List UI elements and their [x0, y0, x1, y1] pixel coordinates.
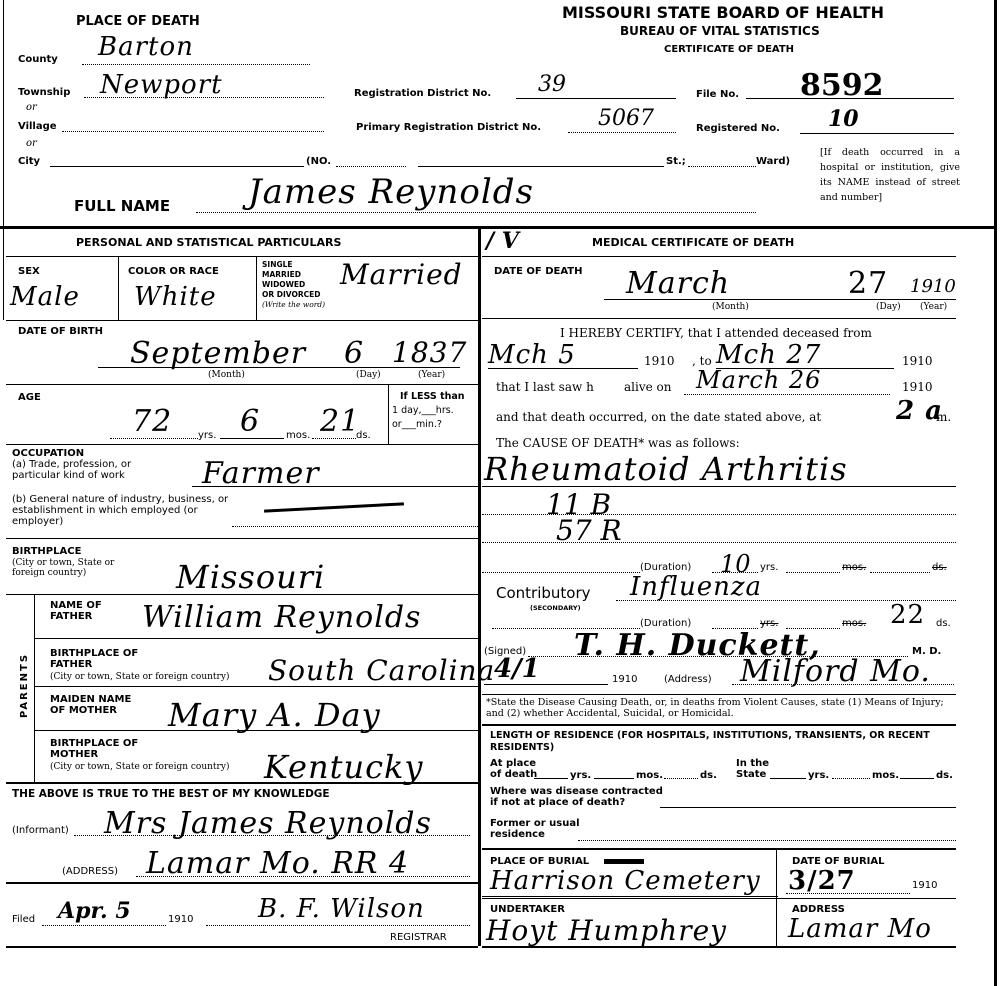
primary-district-label: Primary Registration District No. [356, 122, 541, 133]
sex-field[interactable]: Male [10, 282, 80, 312]
hospital-note: [If death occurred in a hospital or inst… [820, 145, 960, 205]
age-days-field[interactable]: 21 [320, 404, 360, 439]
marital-option-single: SINGLE [262, 260, 325, 270]
burial-date-line [786, 893, 910, 894]
mos-label: mos. [286, 430, 310, 441]
dod-month-field[interactable]: March [626, 266, 730, 301]
row-line-6 [34, 638, 478, 639]
cause-line-3 [482, 542, 956, 543]
burial-strikeout [604, 859, 644, 864]
informant-heading: THE ABOVE IS TRUE TO THE BEST OF MY KNOW… [12, 788, 330, 800]
burial-divider [776, 848, 777, 946]
occupation-label: OCCUPATION [12, 448, 142, 459]
village-line[interactable] [62, 131, 324, 132]
marital-options: SINGLE MARRIED WIDOWED OR DIVORCED (Writ… [262, 260, 325, 310]
in-state-mos-line [832, 778, 870, 779]
right-border [994, 0, 997, 986]
age-label: AGE [18, 392, 41, 403]
board-title: MISSOURI STATE BOARD OF HEALTH [562, 3, 884, 22]
cause-label: The CAUSE OF DEATH* was as follows: [496, 436, 740, 450]
cause-line-2 [482, 514, 956, 515]
township-label: Township [18, 87, 70, 98]
registered-number-field[interactable]: 10 [828, 106, 859, 132]
dod-month-caption: (Month) [712, 302, 749, 312]
personal-heading-line [6, 256, 478, 257]
burial-row-line [482, 898, 956, 899]
burial-date-year: 1910 [912, 880, 937, 891]
duration-ds-line [870, 572, 930, 573]
yrs-label: yrs. [198, 430, 216, 441]
dod-day-caption: (Day) [876, 302, 901, 312]
mother-birthplace-field[interactable]: Kentucky [264, 748, 423, 786]
in-state-yrs-label: yrs. [808, 770, 829, 781]
in-state-yrs-line [770, 778, 806, 779]
sex-label: SEX [18, 266, 40, 277]
age-days-line [312, 438, 356, 439]
father-name-label: NAME OF FATHER [50, 600, 130, 622]
place-of-death-heading: PLACE OF DEATH [76, 14, 200, 29]
burial-place-line [482, 896, 778, 897]
signed-year: 1910 [612, 674, 637, 685]
dob-day-caption: (Day) [356, 370, 381, 380]
or-text-2: or [26, 138, 37, 149]
dob-month-field[interactable]: September [130, 336, 306, 371]
or-text-1: or [26, 102, 37, 113]
ds-label: ds. [356, 430, 371, 441]
medical-heading: MEDICAL CERTIFICATE OF DEATH [592, 236, 794, 249]
marital-option-married: MARRIED [262, 270, 325, 280]
contributory-days-field[interactable]: 22 [890, 600, 925, 630]
county-label: County [18, 54, 58, 65]
dob-year-field[interactable]: 1837 [392, 336, 467, 369]
occupation-a-label: (a) Trade, profession, or particular kin… [12, 459, 142, 481]
race-field[interactable]: White [134, 282, 217, 312]
dod-year-caption: (Year) [920, 302, 947, 312]
father-birthplace-hint: (City or town, State or foreign country) [50, 672, 229, 682]
occupation-field[interactable]: Farmer [202, 456, 320, 491]
at-place-yrs-label: yrs. [570, 770, 591, 781]
age-months-line [220, 438, 284, 439]
death-time-suffix: m. [936, 410, 951, 424]
county-field[interactable]: Barton [98, 32, 194, 62]
medical-row-line-4 [482, 848, 956, 850]
row-line-9 [6, 782, 478, 784]
age-years-field[interactable]: 72 [132, 404, 172, 439]
contributory-mos-label: mos. [842, 618, 866, 629]
mother-name-field[interactable]: Mary A. Day [168, 696, 381, 734]
age-months-field[interactable]: 6 [240, 404, 260, 439]
street-line[interactable] [418, 166, 664, 167]
if-less-line-3: or___min.? [392, 418, 465, 432]
informant-address-field[interactable]: Lamar Mo. RR 4 [146, 846, 409, 881]
if-less-line-2: 1 day,___hrs. [392, 404, 465, 418]
dod-year-field[interactable]: 1910 [910, 276, 956, 297]
last-saw-prefix: that I last saw h [496, 380, 594, 394]
contracted-label: Where was disease contracted if not at p… [490, 786, 670, 808]
in-state-label: In the State [736, 758, 776, 780]
at-place-ds-label: ds. [700, 770, 717, 781]
full-name-line [196, 212, 756, 213]
burial-place-field[interactable]: Harrison Cemetery [490, 866, 761, 896]
contributory-label: Contributory [496, 584, 591, 602]
bureau-title: BUREAU OF VITAL STATISTICS [620, 24, 820, 38]
in-state-ds-line [900, 778, 934, 779]
birthplace-hint: (City or town, State or foreign country) [12, 558, 122, 578]
parents-divider [34, 594, 35, 782]
certificate-title: CERTIFICATE OF DEATH [664, 44, 794, 55]
at-place-mos-label: mos. [636, 770, 663, 781]
informant-field[interactable]: Mrs James Reynolds [104, 806, 432, 841]
at-place-mos-line [594, 778, 634, 779]
marital-option-divorced: OR DIVORCED [262, 290, 325, 300]
file-number-label: File No. [696, 89, 739, 100]
at-place-ds-line [664, 778, 698, 779]
personal-heading: PERSONAL AND STATISTICAL PARTICULARS [76, 236, 341, 249]
city-line[interactable] [50, 166, 304, 167]
dob-label: DATE OF BIRTH [18, 326, 103, 337]
full-name-label: FULL NAME [74, 197, 170, 215]
medical-heading-line [482, 256, 956, 257]
duration-line-lead [482, 572, 640, 573]
dob-month-caption: (Month) [208, 370, 245, 380]
occupation-block: OCCUPATION (a) Trade, profession, or par… [12, 448, 142, 481]
row-line-3 [6, 444, 478, 445]
row-line-1 [6, 320, 478, 321]
occupation-b-line[interactable] [232, 526, 478, 527]
registrar-label: REGISTRAR [390, 932, 447, 943]
mother-birthplace-hint: (City or town, State or foreign country) [50, 762, 229, 772]
registrar-line [206, 925, 470, 926]
center-divider [478, 226, 481, 946]
last-saw-line [684, 394, 890, 395]
occupation-b-label: (b) General nature of industry, business… [12, 494, 232, 527]
race-divider [256, 256, 257, 320]
former-residence-line[interactable] [578, 840, 956, 841]
city-label: City [18, 156, 40, 167]
contributory-field[interactable]: Influenza [630, 572, 762, 602]
cause-line-1 [482, 486, 956, 487]
ward-line[interactable] [688, 166, 756, 167]
row-line-2 [6, 384, 478, 385]
marital-status-field[interactable]: Married [340, 258, 463, 291]
registrar-signature[interactable]: B. F. Wilson [258, 894, 425, 924]
signed-date-field[interactable]: 4/1 [494, 654, 540, 684]
cause-field[interactable]: Rheumatoid Arthritis [484, 450, 848, 488]
registered-number-line [800, 133, 954, 134]
street-number-line[interactable] [336, 166, 406, 167]
undertaker-address-field[interactable]: Lamar Mo [788, 914, 932, 944]
last-saw-field[interactable]: March 26 [696, 366, 821, 394]
signed-date-line [484, 684, 608, 685]
contracted-line[interactable] [660, 807, 956, 808]
street-label: St.; [666, 156, 686, 167]
duration-mos-line [786, 572, 840, 573]
row-line-4 [6, 538, 478, 539]
father-name-field[interactable]: William Reynolds [142, 600, 421, 635]
contributory-ds-label: ds. [936, 618, 951, 629]
mother-name-label: MAIDEN NAME OF MOTHER [50, 694, 150, 716]
mother-birthplace-label: BIRTHPLACE OF MOTHER [50, 738, 140, 760]
row-line-7 [34, 686, 478, 687]
if-less-divider [388, 384, 389, 444]
attended-from-field[interactable]: Mch 5 [488, 340, 576, 370]
attended-to-year: 1910 [902, 354, 933, 368]
father-birthplace-field[interactable]: South Carolina [268, 654, 495, 687]
signed-address-field[interactable]: Milford Mo. [740, 654, 931, 689]
duration-mos-label: mos. [842, 562, 866, 573]
ward-label: Ward) [756, 156, 790, 167]
at-place-label: At place of death [490, 758, 550, 780]
attended-from-year: 1910 [644, 354, 675, 368]
duration-yrs-label: yrs. [760, 562, 778, 573]
if-less-line-1: If LESS than [392, 390, 465, 404]
marital-hint: (Write the word) [262, 300, 325, 310]
age-years-line [110, 438, 198, 439]
medical-row-line-2 [482, 694, 956, 695]
certify-text: I HEREBY CERTIFY, that I attended deceas… [560, 326, 872, 340]
registered-number-label: Registered No. [696, 123, 780, 134]
cause-footnote: *State the Disease Causing Death, or, in… [486, 697, 956, 719]
duration-ds-label: ds. [932, 562, 947, 573]
medical-row-line-1 [482, 318, 956, 319]
birthplace-field[interactable]: Missouri [176, 558, 325, 596]
registration-district-label: Registration District No. [354, 88, 491, 99]
row-line-10 [6, 882, 478, 884]
marital-option-widowed: WIDOWED [262, 280, 325, 290]
in-state-ds-label: ds. [936, 770, 953, 781]
race-label: COLOR OR RACE [128, 266, 219, 277]
attended-from-line [488, 368, 638, 369]
sex-divider [118, 256, 119, 320]
last-saw-mid: alive on [624, 380, 671, 394]
village-label: Village [18, 121, 57, 132]
former-residence-label: Former or usual residence [490, 818, 590, 840]
row-line-5 [6, 594, 478, 595]
filed-date-line [42, 925, 166, 926]
filed-label: Filed [12, 914, 35, 925]
full-name-field[interactable]: James Reynolds [248, 172, 534, 212]
signed-address-label: (Address) [664, 674, 712, 685]
primary-district-field[interactable]: 5067 [598, 106, 654, 131]
secondary-label: (SECONDARY) [530, 604, 581, 612]
occupation-b-dash [264, 502, 404, 512]
dob-year-caption: (Year) [418, 370, 445, 380]
medical-row-line-3 [482, 724, 956, 726]
filed-year: 1910 [168, 914, 193, 925]
residence-heading: LENGTH OF RESIDENCE (FOR HOSPITALS, INST… [490, 730, 956, 754]
bottom-line-right [482, 946, 956, 948]
in-state-mos-label: mos. [872, 770, 899, 781]
left-border [3, 0, 4, 320]
birthplace-label: BIRTHPLACE [12, 546, 81, 557]
registration-district-field[interactable]: 39 [538, 72, 566, 97]
township-field[interactable]: Newport [100, 70, 223, 100]
street-number-label: (NO. [306, 156, 331, 167]
row-line-8 [34, 730, 478, 731]
margin-mark: / V [486, 228, 519, 254]
if-less-box: If LESS than 1 day,___hrs. or___min.? [392, 390, 465, 432]
primary-district-line [568, 132, 676, 133]
informant-label: (Informant) [12, 825, 69, 836]
father-birthplace-label: BIRTHPLACE OF FATHER [50, 648, 140, 670]
at-place-yrs-line [534, 778, 568, 779]
last-saw-year: 1910 [902, 380, 933, 394]
dob-day-field[interactable]: 6 [344, 336, 364, 371]
registration-district-line [516, 98, 676, 99]
filed-date-field[interactable]: Apr. 5 [58, 898, 131, 924]
undertaker-field[interactable]: Hoyt Humphrey [486, 914, 727, 947]
dod-label: DATE OF DEATH [494, 266, 583, 277]
death-time-prefix: and that death occurred, on the date sta… [496, 410, 821, 424]
file-number-field[interactable]: 8592 [800, 68, 884, 103]
bottom-line-left [6, 946, 478, 948]
parents-side-label: PARENTS [19, 653, 30, 718]
dod-day-field[interactable]: 27 [848, 266, 888, 301]
informant-address-label: (ADDRESS) [62, 866, 118, 877]
county-line [82, 64, 310, 65]
burial-date-field[interactable]: 3/27 [788, 866, 856, 896]
